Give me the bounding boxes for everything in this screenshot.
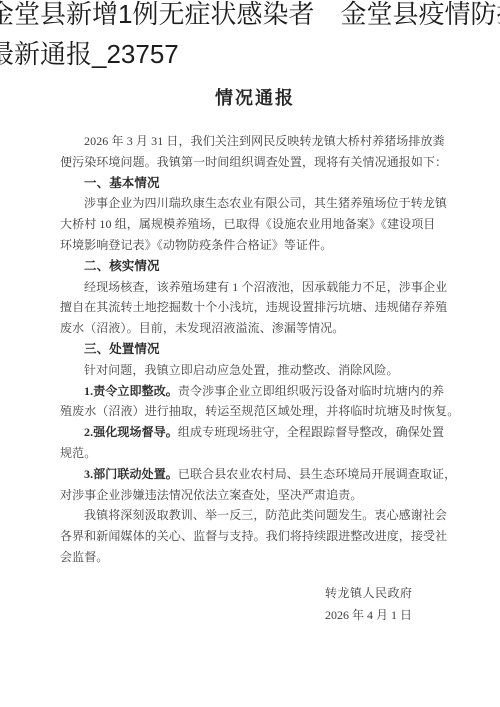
signature-issuer: 转龙镇人民政府 [325,582,450,605]
signature-date: 2026 年 4 月 1 日 [325,604,450,627]
doc-line: 规范。 [60,443,450,464]
section-heading-2: 二、核实情况 [60,256,450,277]
doc-line: 会监督。 [60,547,450,568]
section-heading-3: 三、处置情况 [60,339,450,360]
page-title: 金堂县新增1例无症状感染者 金堂县疫情防控最新通报_23757 [0,0,500,74]
doc-line: 大桥村 10 组，属规模养殖场，已取得《设施农业用地备案》《建设项目 [60,214,450,235]
notice-document-scan: 情况通报 2026 年 3 月 31 日，我们关注到网民反映转龙镇大桥村养猪场排… [60,86,450,627]
section-heading-1: 一、基本情况 [60,173,450,194]
doc-line: 各界和新闻媒体的关心、监督与支持。我们将持续跟进整改进度，接受社 [60,526,450,547]
doc-line: 我镇将深刻汲取教训、举一反三，防范此类问题发生。衷心感谢社会 [60,505,450,526]
doc-line-text: 组成专班现场驻守，全程跟踪督导整改，确保处置 [178,425,444,439]
doc-line-text: 责令涉事企业立即组织吸污设备对临时坑塘内的养 [178,384,444,398]
doc-line-text: 已联合县农业农村局、县生态环境局开展调查取证， [178,467,456,481]
doc-line: 殖废水（沼液）进行抽取，转运至规范区域处理，并将临时坑塘及时恢复。 [60,401,450,422]
page-title-line2: 最新通报_23757 [0,39,179,69]
doc-line: 1.责令立即整改。责令涉事企业立即组织吸污设备对临时坑塘内的养 [60,381,450,402]
notice-title: 情况通报 [60,86,450,110]
doc-line: 环境影响登记表》《动物防疫条件合格证》等证件。 [60,235,450,256]
doc-line-bold-lead: 3.部门联动处置。 [84,467,178,481]
doc-line-bold-lead: 2.强化现场督导。 [84,425,178,439]
doc-line: 便污染环境问题。我镇第一时间组织调查处置，现将有关情况通报如下： [60,152,450,173]
doc-line-bold-lead: 1.责令立即整改。 [84,384,178,398]
doc-line: 针对问题，我镇立即启动应急处置，推动整改、消除风险。 [60,360,450,381]
doc-line: 2026 年 3 月 31 日，我们关注到网民反映转龙镇大桥村养猪场排放粪 [60,131,450,152]
doc-line: 废水（沼液）。目前，未发现沼液溢流、渗漏等情况。 [60,318,450,339]
signature-block: 转龙镇人民政府 2026 年 4 月 1 日 [325,582,450,627]
page-title-line1: 金堂县新增1例无症状感染者 金堂县疫情防控 [0,0,500,29]
doc-line: 经现场核查，该养殖场建有 1 个沼液池，因承载能力不足，涉事企业 [60,277,450,298]
page: 金堂县新增1例无症状感染者 金堂县疫情防控最新通报_23757 情况通报 202… [0,0,500,707]
doc-line: 擅自在其流转土地挖掘数十个小浅坑，违规设置排污坑塘、违规储存养殖 [60,297,450,318]
doc-line: 对涉事企业涉嫌违法情况依法立案查处，坚决严肃追责。 [60,485,450,506]
doc-line: 涉事企业为四川瑞玖康生态农业有限公司，其生猪养殖场位于转龙镇 [60,193,450,214]
doc-line: 2.强化现场督导。组成专班现场驻守，全程跟踪督导整改，确保处置 [60,422,450,443]
doc-line: 3.部门联动处置。已联合县农业农村局、县生态环境局开展调查取证， [60,464,450,485]
